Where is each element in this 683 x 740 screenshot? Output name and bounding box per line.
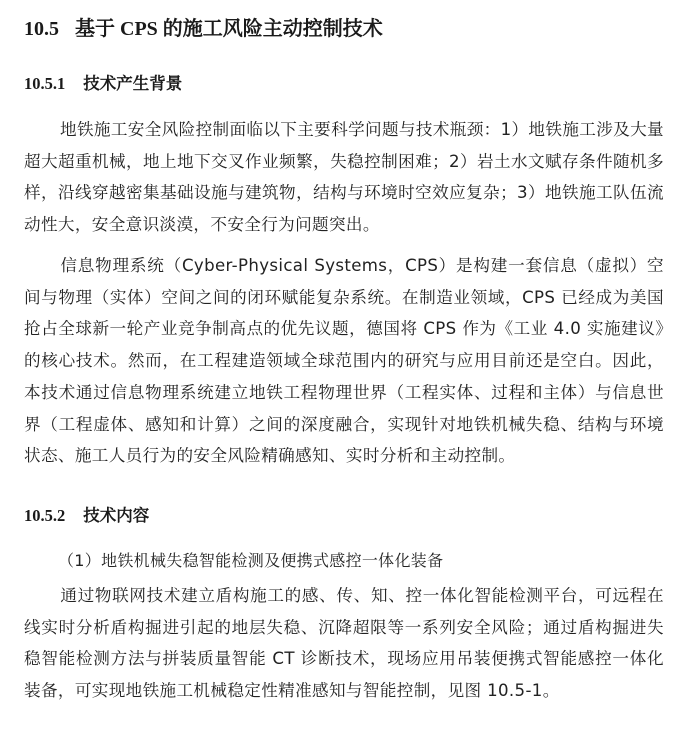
subsection-number: 10.5.1 <box>24 74 65 93</box>
item-heading-1: （1）地铁机械失稳智能检测及便携式感控一体化装备 <box>58 548 443 571</box>
paragraph-shield-detection: 通过物联网技术建立盾构施工的感、传、知、控一体化智能检测平台，可远程在线实时分析… <box>24 580 664 707</box>
paragraph-challenges: 地铁施工安全风险控制面临以下主要科学问题与技术瓶颈：1）地铁施工涉及大量超大超重… <box>24 114 664 241</box>
section-heading: 10.5基于 CPS 的施工风险主动控制技术 <box>24 12 383 41</box>
subsection-title: 技术产生背景 <box>83 74 182 93</box>
subsection-number: 10.5.2 <box>24 506 65 525</box>
paragraph-cps-intro: 信息物理系统（Cyber-Physical Systems，CPS）是构建一套信… <box>24 250 664 472</box>
section-title: 基于 CPS 的施工风险主动控制技术 <box>75 18 383 40</box>
section-number: 10.5 <box>24 18 59 40</box>
subsection-heading-background: 10.5.1技术产生背景 <box>24 70 182 94</box>
subsection-heading-content: 10.5.2技术内容 <box>24 502 149 526</box>
document-page: 10.5基于 CPS 的施工风险主动控制技术 10.5.1技术产生背景 地铁施工… <box>0 0 683 740</box>
subsection-title: 技术内容 <box>83 506 149 525</box>
